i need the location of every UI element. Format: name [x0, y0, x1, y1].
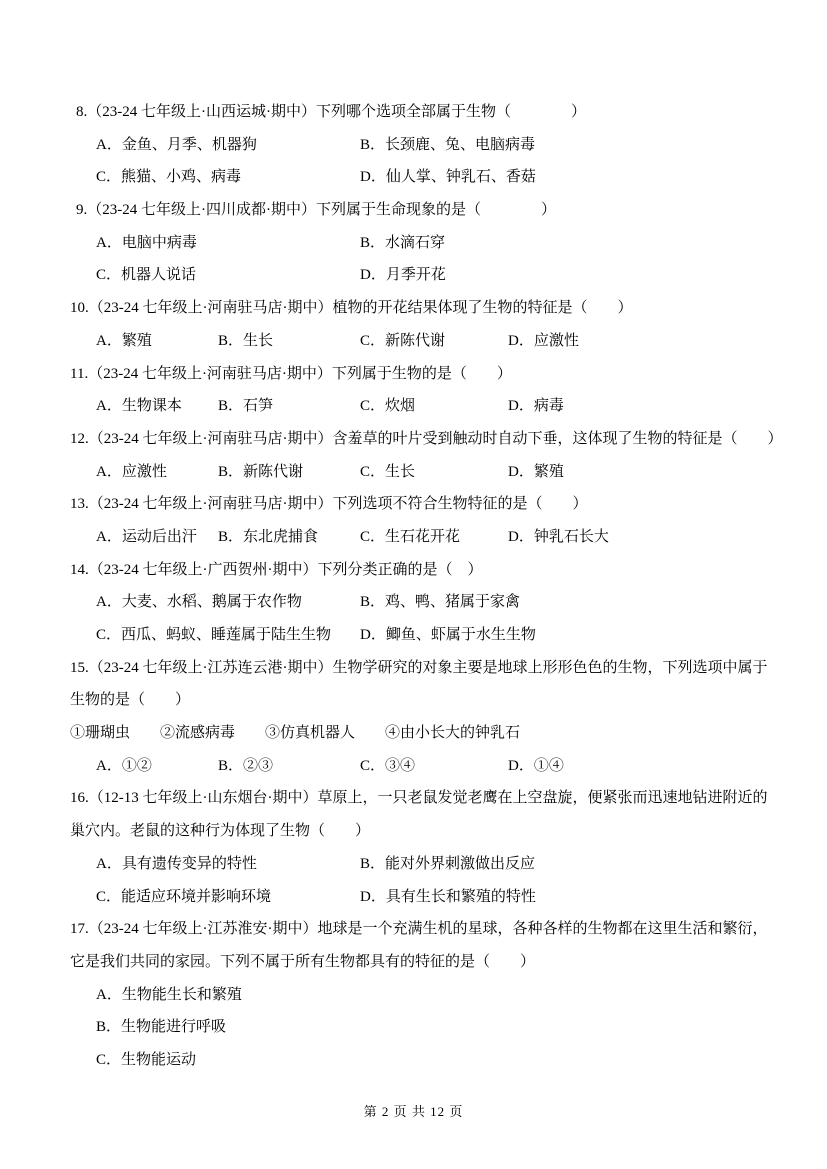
question-text-line: 15.（23-24 七年级上·江苏连云港·期中）生物学研究的对象主要是地球上形形… [70, 652, 770, 685]
option-c: C．生长 [360, 456, 415, 489]
option-row: A．①②B．②③C．③④D．①④ [70, 750, 770, 783]
option-row: A．具有遗传变异的特性B．能对外界刺激做出反应 [70, 848, 770, 881]
option-a: A．运动后出汗 [96, 521, 197, 554]
option-row: A．电脑中病毒B．水滴石穿 [70, 227, 770, 260]
option-d: D．钟乳石长大 [508, 521, 609, 554]
option-b: B．②③ [218, 750, 273, 783]
option-d: D．繁殖 [508, 456, 564, 489]
option-b: B．能对外界刺激做出反应 [360, 848, 535, 881]
document-page: 8.（23-24 七年级上·山西运城·期中）下列哪个选项全部属于生物（ ）A．金… [0, 0, 827, 1169]
option-c: C．新陈代谢 [360, 325, 445, 358]
option-d: D．具有生长和繁殖的特性 [360, 881, 536, 914]
option-b: B．东北虎捕食 [218, 521, 318, 554]
option-c: C．生物能运动 [96, 1044, 196, 1077]
option-row: C．生物能运动 [70, 1044, 770, 1077]
option-a: A．金鱼、月季、机器狗 [96, 129, 257, 162]
option-b: B．鸡、鸭、猪属于家禽 [360, 586, 520, 619]
question-10: 10.（23-24 七年级上·河南驻马店·期中）植物的开花结果体现了生物的特征是… [70, 292, 770, 357]
question-text-line: 10.（23-24 七年级上·河南驻马店·期中）植物的开花结果体现了生物的特征是… [70, 292, 770, 325]
question-11: 11.（23-24 七年级上·河南驻马店·期中）下列属于生物的是（ ）A．生物课… [70, 358, 770, 423]
question-text-line: 17.（23-24 七年级上·江苏淮安·期中）地球是一个充满生机的星球，各种各样… [70, 913, 770, 946]
question-15: 15.（23-24 七年级上·江苏连云港·期中）生物学研究的对象主要是地球上形形… [70, 652, 770, 783]
option-d: D．病毒 [508, 390, 564, 423]
option-d: D．仙人掌、钟乳石、香菇 [360, 161, 536, 194]
question-13: 13.（23-24 七年级上·河南驻马店·期中）下列选项不符合生物特征的是（ ）… [70, 488, 770, 553]
question-text-line: 11.（23-24 七年级上·河南驻马店·期中）下列属于生物的是（ ） [70, 358, 770, 391]
option-a: A．应激性 [96, 456, 167, 489]
question-text-line: 16.（12-13 七年级上·山东烟台·期中）草原上，一只老鼠发觉老鹰在上空盘旋… [70, 782, 770, 815]
question-8: 8.（23-24 七年级上·山西运城·期中）下列哪个选项全部属于生物（ ）A．金… [70, 96, 770, 194]
option-a: A．繁殖 [96, 325, 152, 358]
question-text-line: 8.（23-24 七年级上·山西运城·期中）下列哪个选项全部属于生物（ ） [70, 96, 770, 129]
option-b: B．新陈代谢 [218, 456, 303, 489]
question-14: 14.（23-24 七年级上·广西贺州·期中）下列分类正确的是（ ）A．大麦、水… [70, 554, 770, 652]
question-text-line: 9.（23-24 七年级上·四川成都·期中）下列属于生命现象的是（ ） [70, 194, 770, 227]
question-text-line: 它是我们共同的家园。下列不属于所有生物都具有的特征的是（ ） [70, 946, 770, 979]
question-text-line: ①珊瑚虫 ②流感病毒 ③仿真机器人 ④由小长大的钟乳石 [70, 717, 770, 750]
page-footer: 第 2 页 共 12 页 [0, 1101, 827, 1120]
question-text-line: 12.（23-24 七年级上·河南驻马店·期中）含羞草的叶片受到触动时自动下垂，… [70, 423, 770, 456]
option-row: A．繁殖B．生长C．新陈代谢D．应激性 [70, 325, 770, 358]
option-c: C．能适应环境并影响环境 [96, 881, 271, 914]
question-12: 12.（23-24 七年级上·河南驻马店·期中）含羞草的叶片受到触动时自动下垂，… [70, 423, 770, 488]
option-b: B．长颈鹿、兔、电脑病毒 [360, 129, 535, 162]
option-row: B．生物能进行呼吸 [70, 1011, 770, 1044]
option-d: D．鲫鱼、虾属于水生生物 [360, 619, 536, 652]
option-row: A．生物能生长和繁殖 [70, 979, 770, 1012]
option-row: A．生物课本B．石笋C．炊烟D．病毒 [70, 390, 770, 423]
option-a: A．①② [96, 750, 152, 783]
option-c: C．西瓜、蚂蚁、睡莲属于陆生生物 [96, 619, 331, 652]
question-9: 9.（23-24 七年级上·四川成都·期中）下列属于生命现象的是（ ）A．电脑中… [70, 194, 770, 292]
option-c: C．机器人说话 [96, 259, 196, 292]
option-row: C．熊猫、小鸡、病毒D．仙人掌、钟乳石、香菇 [70, 161, 770, 194]
option-a: A．大麦、水稻、鹅属于农作物 [96, 586, 302, 619]
option-a: A．生物课本 [96, 390, 182, 423]
option-row: C．机器人说话D．月季开花 [70, 259, 770, 292]
question-16: 16.（12-13 七年级上·山东烟台·期中）草原上，一只老鼠发觉老鹰在上空盘旋… [70, 782, 770, 913]
option-row: A．应激性B．新陈代谢C．生长D．繁殖 [70, 456, 770, 489]
option-b: B．生长 [218, 325, 273, 358]
option-a: A．电脑中病毒 [96, 227, 197, 260]
option-c: C．③④ [360, 750, 415, 783]
option-row: A．运动后出汗B．东北虎捕食C．生石花开花D．钟乳石长大 [70, 521, 770, 554]
question-text-line: 13.（23-24 七年级上·河南驻马店·期中）下列选项不符合生物特征的是（ ） [70, 488, 770, 521]
option-c: C．熊猫、小鸡、病毒 [96, 161, 241, 194]
option-row: A．金鱼、月季、机器狗B．长颈鹿、兔、电脑病毒 [70, 129, 770, 162]
option-c: C．炊烟 [360, 390, 415, 423]
option-b: B．石笋 [218, 390, 273, 423]
option-a: A．生物能生长和繁殖 [96, 979, 242, 1012]
option-b: B．生物能进行呼吸 [96, 1011, 226, 1044]
question-text-line: 巢穴内。老鼠的这种行为体现了生物（ ） [70, 815, 770, 848]
option-row: A．大麦、水稻、鹅属于农作物B．鸡、鸭、猪属于家禽 [70, 586, 770, 619]
question-text-line: 生物的是（ ） [70, 684, 770, 717]
option-d: D．①④ [508, 750, 564, 783]
option-c: C．生石花开花 [360, 521, 460, 554]
option-b: B．水滴石穿 [360, 227, 445, 260]
option-d: D．月季开花 [360, 259, 446, 292]
option-a: A．具有遗传变异的特性 [96, 848, 257, 881]
option-row: C．能适应环境并影响环境D．具有生长和繁殖的特性 [70, 881, 770, 914]
questions-list: 8.（23-24 七年级上·山西运城·期中）下列哪个选项全部属于生物（ ）A．金… [70, 96, 770, 1077]
question-text-line: 14.（23-24 七年级上·广西贺州·期中）下列分类正确的是（ ） [70, 554, 770, 587]
option-d: D．应激性 [508, 325, 579, 358]
option-row: C．西瓜、蚂蚁、睡莲属于陆生生物D．鲫鱼、虾属于水生生物 [70, 619, 770, 652]
question-17: 17.（23-24 七年级上·江苏淮安·期中）地球是一个充满生机的星球，各种各样… [70, 913, 770, 1076]
